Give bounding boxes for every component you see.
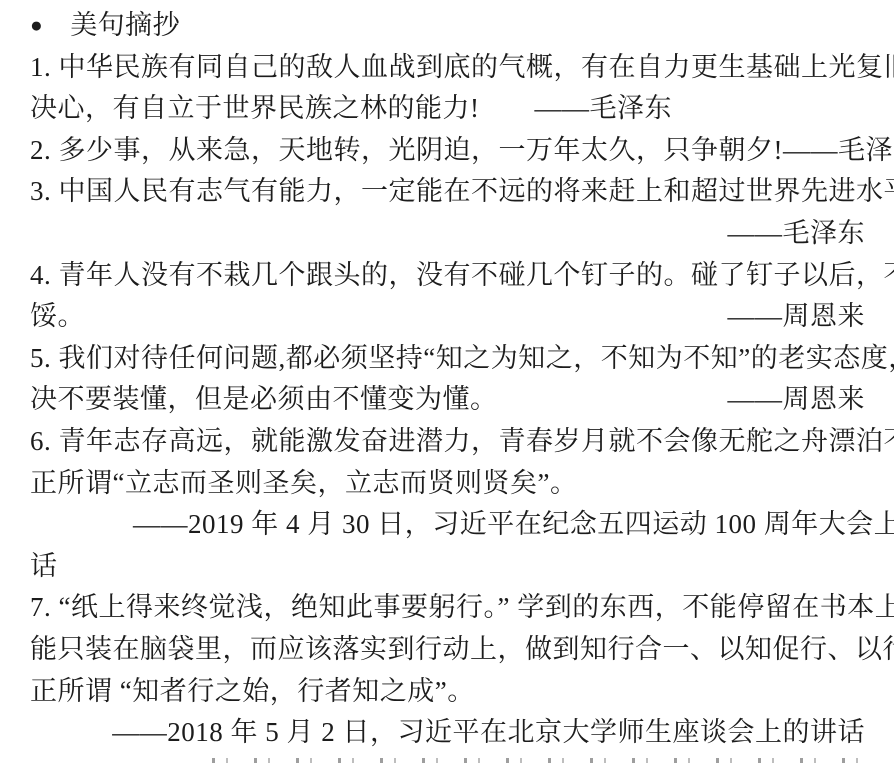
quote-4-text-end: 馁。 xyxy=(30,296,85,338)
quote-5-line-2: 决不要装懂，但是必须由不懂变为懂。 ——周恩来 xyxy=(30,379,865,421)
quote-6-line-2: 正所谓“立志而圣则圣矣，立志而贤则贤矣”。 xyxy=(30,463,865,505)
quote-6-attribution-line-2: 话 xyxy=(30,546,865,588)
quote-6-attribution-line-1: ——2019 年 4 月 30 日，习近平在纪念五四运动 100 周年大会上的讲 xyxy=(30,504,865,546)
quote-5-text-end: 决不要装懂，但是必须由不懂变为懂。 xyxy=(30,379,498,421)
quote-5-attribution: ——周恩来 xyxy=(728,379,866,421)
quote-3-attribution: ——毛泽东 xyxy=(30,213,865,255)
section-header: ● 美句摘抄 xyxy=(30,5,865,47)
bullet-icon: ● xyxy=(30,5,43,47)
quote-1-line-2-with-attribution: 决心，有自立于世界民族之林的能力! ——毛泽东 xyxy=(30,88,865,130)
quote-7-line-1: 7. “纸上得来终觉浅，绝知此事要躬行。” 学到的东西，不能停留在书本上，不 xyxy=(30,587,865,629)
quote-7-line-3: 正所谓 “知者行之始，行者知之成”。 xyxy=(30,671,865,713)
quote-2-line: 2. 多少事，从来急，天地转，光阴迫，一万年太久，只争朝夕! ——毛泽东 xyxy=(30,130,865,172)
quote-6-line-1: 6. 青年志存高远，就能激发奋进潜力，青春岁月就不会像无舵之舟漂泊不定。 xyxy=(30,421,865,463)
quote-3-line: 3. 中国人民有志气有能力，一定能在不远的将来赶上和超过世界先进水平! xyxy=(30,171,865,213)
quote-4-attribution: ——周恩来 xyxy=(728,296,866,338)
quote-5-line-1: 5. 我们对待任何问题,都必须坚持“知之为知之，不知为不知”的老实态度，不懂 xyxy=(30,338,865,380)
document-page: ● 美句摘抄 1. 中华民族有同自己的敌人血战到底的气概，有在自力更生基础上光复… xyxy=(0,0,894,763)
quote-4-line-2: 馁。 ——周恩来 xyxy=(30,296,865,338)
quote-2-attribution: ——毛泽东 xyxy=(783,130,894,172)
quote-7-line-2: 能只装在脑袋里，而应该落实到行动上，做到知行合一、以知促行、以行求知， xyxy=(30,629,865,671)
section-title: 美句摘抄 xyxy=(70,5,180,47)
quote-1-line-1: 1. 中华民族有同自己的敌人血战到底的气概，有在自力更生基础上光复旧物的 xyxy=(30,47,865,89)
next-line-cutoff-text-tops xyxy=(212,758,884,763)
quote-4-line-1: 4. 青年人没有不栽几个跟头的，没有不碰几个钉子的。碰了钉子以后，不要气 xyxy=(30,255,865,297)
quote-2-text: 2. 多少事，从来急，天地转，光阴迫，一万年太久，只争朝夕! xyxy=(30,130,783,172)
quote-7-attribution: ——2018 年 5 月 2 日，习近平在北京大学师生座谈会上的讲话 xyxy=(30,712,865,754)
